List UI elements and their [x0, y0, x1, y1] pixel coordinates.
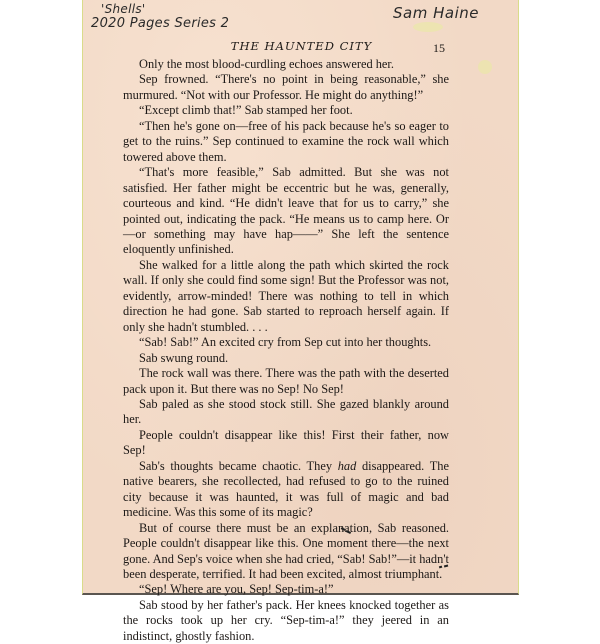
paragraph: Sab swung round. — [123, 351, 449, 366]
book-page: 'Shells' 2020 Pages Series 2 Sam Haine T… — [82, 0, 519, 595]
handwritten-signature: Sam Haine — [393, 4, 479, 22]
handwritten-series-note: 2020 Pages Series 2 — [91, 16, 229, 31]
paragraph: She walked for a little along the path w… — [123, 258, 449, 335]
paragraph: “Sab! Sab!” An excited cry from Sep cut … — [123, 335, 449, 350]
paragraph: Sab's thoughts became chaotic. They had … — [123, 459, 449, 521]
highlighter-stain — [478, 60, 492, 74]
paragraph: The rock wall was there. There was the p… — [123, 366, 449, 397]
page-number: 15 — [433, 41, 445, 56]
paragraph: “Then he's gone on—free of his pack beca… — [123, 119, 449, 165]
paragraph: But of course there must be an explanati… — [123, 521, 449, 583]
running-head: THE HAUNTED CITY — [83, 39, 520, 53]
paragraph: Sab paled as she stood stock still. She … — [123, 397, 449, 428]
body-text: Only the most blood-curdling echoes answ… — [123, 57, 449, 600]
paragraph: “Sep! Where are you, Sep! Sep-tim-a!” — [123, 582, 449, 597]
emphasis-text: had — [338, 459, 357, 473]
paragraph: Sep frowned. “There's no point in being … — [123, 72, 449, 103]
highlighter-stain — [413, 22, 443, 32]
paragraph-text: Sab's thoughts became chaotic. They — [139, 459, 338, 473]
paragraph: People couldn't disappear like this! Fir… — [123, 428, 449, 459]
paragraph: “That's more feasible,” Sab admitted. Bu… — [123, 165, 449, 258]
paragraph: Only the most blood-curdling echoes answ… — [123, 57, 449, 72]
handwritten-title-note: 'Shells' — [101, 2, 146, 16]
paragraph: “Except climb that!” Sab stamped her foo… — [123, 103, 449, 118]
